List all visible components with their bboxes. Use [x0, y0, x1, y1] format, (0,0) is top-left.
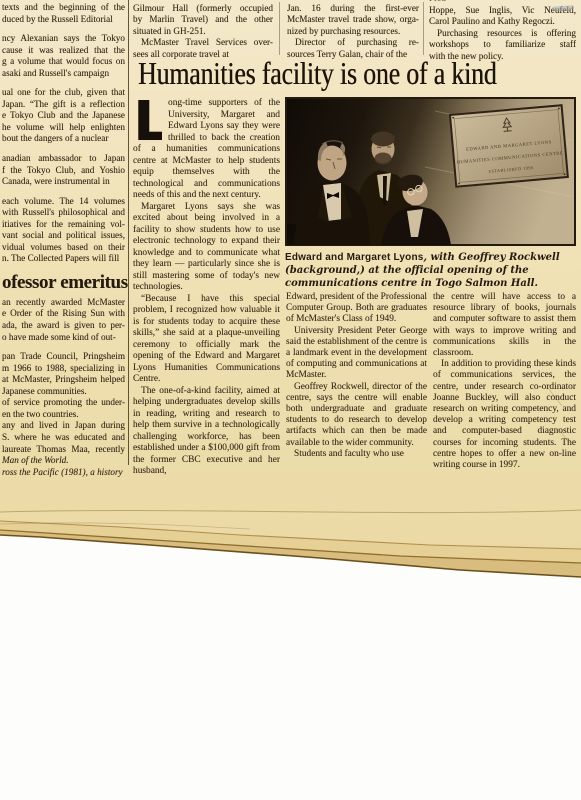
article-paragraph: Geoffrey Rockwell, director of the centr… — [286, 382, 427, 449]
text-line: texts and the beginning of the — [2, 2, 125, 14]
left-col-paragraph: ual one for the club, given thatJapan. “… — [2, 87, 125, 145]
text-line: at McMaster, Pringsheim helped — [2, 374, 125, 386]
text-line: McMaster travel trade show, orga- — [287, 14, 419, 25]
photo-plaque: EDWARD AND MARGARET LYONS HUMANITIES COM… — [450, 105, 568, 186]
strip-paragraph: Jan. 16 during the first-everMcMaster tr… — [287, 3, 419, 37]
left-col-paragraph: ross the Pacific (1981), a history — [2, 467, 125, 479]
text-line: m 1966 to 1988, specializing in — [2, 363, 125, 375]
text-line: McMaster Travel Services over- — [133, 37, 273, 48]
text-line: ross the Pacific (1981), a history — [2, 467, 125, 479]
text-line: nized by purchasing resources. — [287, 26, 419, 37]
text-line: any and lived in Japan during — [2, 420, 125, 432]
article-paragraph: the centre will have access to a resourc… — [433, 292, 576, 359]
text-line: Japan. “The gift is a reflection — [2, 99, 125, 111]
text-line: Man of the World. — [2, 455, 125, 467]
text-line: an recently awarded McMaster — [2, 297, 125, 309]
left-col-paragraph: each volume. The 14 volumeswith Russell'… — [2, 196, 125, 265]
strip-paragraph: Gilmour Hall (formerly occupiedby Marlin… — [133, 3, 273, 37]
text-line: anadian ambassador to Japan — [2, 153, 125, 165]
text-line: o have made some kind of out- — [2, 332, 125, 344]
left-col-paragraph: of service promoting the under-en the tw… — [2, 397, 125, 420]
text-line: S. where he was educated and — [2, 432, 125, 444]
top-strip-column-travel: Gilmour Hall (formerly occupiedby Marlin… — [133, 3, 273, 60]
column-divider — [128, 0, 129, 465]
text-line: vant social and political issues, — [2, 230, 125, 242]
text-line: en the two countries. — [2, 409, 125, 421]
article-paragraph: In addition to providing these kinds of … — [433, 359, 576, 471]
drop-cap-letter: L — [133, 100, 162, 142]
left-col-paragraph: anadian ambassador to Japanf the Tokyo C… — [2, 153, 125, 188]
headline-text: Humanities facility is one of a kind — [138, 55, 497, 93]
text-line: bout the dangers of a nuclear — [2, 133, 125, 145]
left-col-paragraph: pan Trade Council, Pringsheimm 1966 to 1… — [2, 351, 125, 397]
newspaper-photo: EDWARD AND MARGARET LYONS HUMANITIES COM… — [285, 97, 576, 246]
section-heading-professor-emeritus: ofessor emeritus — [2, 272, 125, 294]
text-line: cause it was realized that the — [2, 45, 125, 57]
text-line: vidual volumes based on their — [2, 242, 125, 254]
text-line: itiatives for the remaining vol- — [2, 219, 125, 231]
article-paragraph: Margaret Lyons says she was excited abou… — [133, 202, 280, 294]
text-line: with Russell's philosophical and — [2, 207, 125, 219]
text-line: by Marlin Travel) and the other — [133, 14, 273, 25]
text-line: situated in GH-251. — [133, 26, 273, 37]
text-line: Canada, were instrumental in — [2, 176, 125, 188]
text-line: workshops to familiarize staff — [429, 39, 576, 50]
text-line: Gilmour Hall (formerly occupied — [133, 3, 273, 14]
article-paragraph: Students and faculty who use — [286, 449, 427, 460]
text-line: Director of purchasing re- — [287, 37, 419, 48]
scanned-newspaper-clipping: texts and the beginning of theduced by t… — [0, 0, 581, 800]
column-divider — [279, 2, 280, 55]
cut-off-line: Fred — [429, 0, 576, 5]
text-line: e Tokyo Club and the Japanese — [2, 110, 125, 122]
column-divider — [423, 2, 424, 55]
text-line: Purchasing resources is offering — [429, 28, 576, 39]
article-paragraph: University President Peter George said t… — [286, 326, 427, 382]
text-line: each volume. The 14 volumes — [2, 196, 125, 208]
article-column-2: Edward, president of the Professional Co… — [286, 292, 427, 460]
photo-caption: Edward and Margaret Lyons, with Geoffrey… — [285, 251, 577, 290]
left-col-paragraph: an recently awarded McMastere Order of t… — [2, 297, 125, 343]
left-column-fragment: texts and the beginning of theduced by t… — [2, 2, 125, 478]
text-line: of service promoting the under- — [2, 397, 125, 409]
text-line: Carol Paulino and Kathy Regoczi. — [429, 16, 576, 27]
text-line: n. The Collected Papers will fill — [2, 253, 125, 265]
article-column-1: Long-time supporters of the University, … — [133, 98, 280, 478]
article-paragraph: “Because I have this special problem, I … — [133, 294, 280, 386]
text-line: Japanese communities. — [2, 386, 125, 398]
top-strip-column-tradeshow: Jan. 16 during the first-everMcMaster tr… — [287, 3, 419, 60]
text-line: ncy Alexanian says the Tokyo — [2, 33, 125, 45]
article-headline: Humanities facility is one of a kind — [138, 55, 579, 97]
text-line: duced by the Russell Editorial — [2, 14, 125, 26]
text-line: pan Trade Council, Pringsheim — [2, 351, 125, 363]
left-col-paragraph: any and lived in Japan duringS. where he… — [2, 420, 125, 466]
text-line: ual one for the club, given that — [2, 87, 125, 99]
text-line: Jan. 16 during the first-ever — [287, 3, 419, 14]
left-col-paragraph: texts and the beginning of theduced by t… — [2, 2, 125, 25]
text-line: ada, the award is given to per- — [2, 320, 125, 332]
left-col-paragraph: ncy Alexanian says the Tokyocause it was… — [2, 33, 125, 79]
text-line: Fred — [429, 0, 576, 4]
article-paragraph: The one-of-a-kind facility, aimed at hel… — [133, 386, 280, 478]
text-line: g a volume that would focus on — [2, 56, 125, 68]
text-line: e Order of the Rising Sun with — [2, 308, 125, 320]
caption-names: Edward and Margaret Lyons — [285, 252, 424, 263]
article-paragraph: Long-time supporters of the University, … — [133, 98, 280, 202]
text-line: asaki and Russell's campaign — [2, 68, 125, 80]
text-line: he volume will help enlighten — [2, 122, 125, 134]
text-line: laureate Thomas Maa, recently — [2, 444, 125, 456]
article-column-3: the centre will have access to a resourc… — [433, 292, 576, 471]
text-line: f the Tokyo Club, and Yoshio — [2, 165, 125, 177]
article-paragraph: Edward, president of the Professional Co… — [286, 292, 427, 326]
